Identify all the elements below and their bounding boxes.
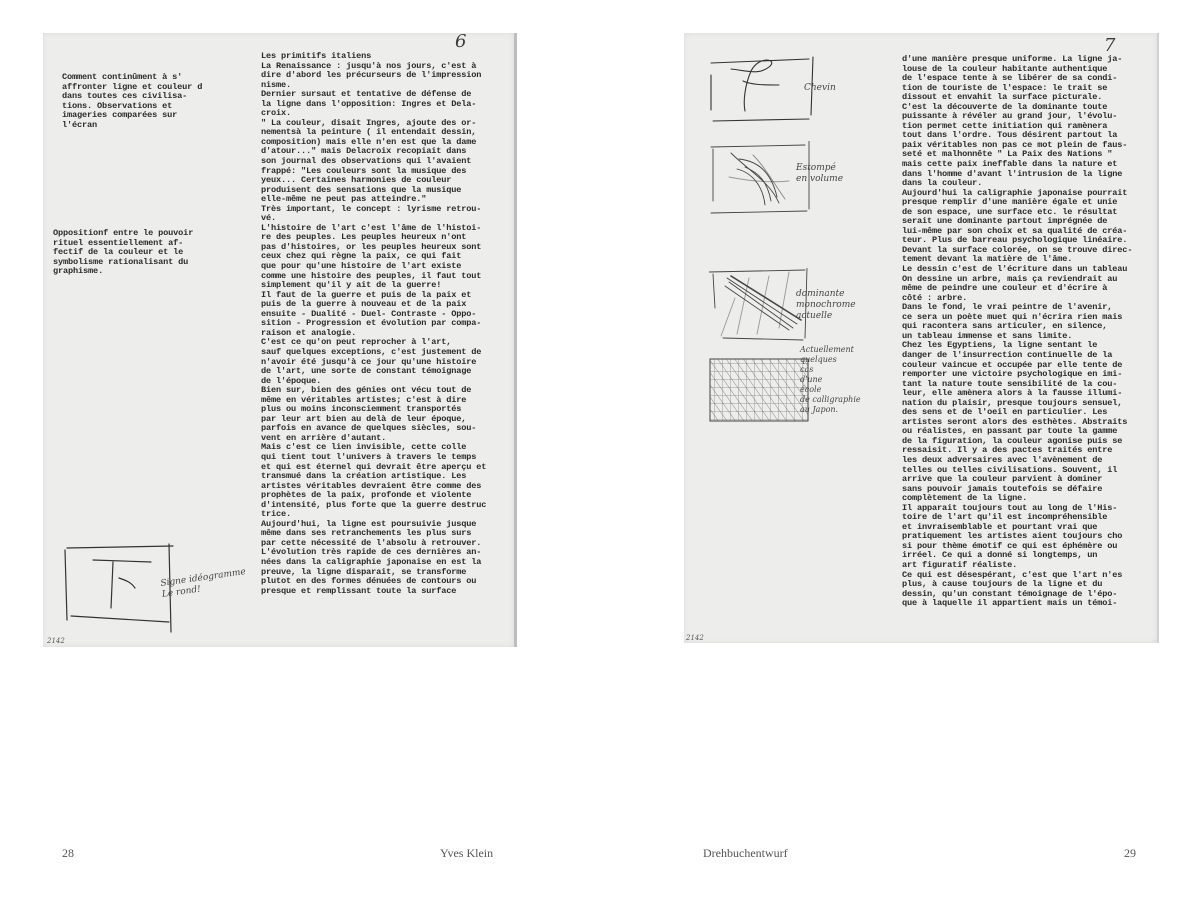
handwritten-page-number: 7 xyxy=(1104,35,1115,56)
right-running-head: Drehbuchentwurf xyxy=(703,846,788,861)
handwritten-page-number: 6 xyxy=(455,31,466,52)
margin-note-opposition: Oppositionf entre le pouvoirrituel essen… xyxy=(53,229,193,277)
typescript-line: d'intensité, plus forte que la guerre de… xyxy=(261,501,486,511)
sketch-annotation-1: Chevin xyxy=(804,83,836,94)
sketch-annotation-2: Estompé en volume xyxy=(796,163,843,185)
typescript-line: dire d'abord les précurseurs de l'impres… xyxy=(261,71,486,81)
archive-reference: 2142 xyxy=(686,634,704,642)
right-page-number: 29 xyxy=(1124,846,1136,861)
sketch-annotation-3: dominante monochrome actuelle xyxy=(796,289,856,322)
typescript-line: que à laquelle il appartient mais un tém… xyxy=(902,599,1132,609)
calligraphy-stroke-sketch-icon xyxy=(709,55,819,125)
archive-reference: 2142 xyxy=(47,637,65,645)
typescript-line: Très important, le concept : lyrisme ret… xyxy=(261,205,486,215)
typescript-body: d'une manière presque uniforme. La ligne… xyxy=(902,55,1132,609)
margin-note-lines-vs-color: Comment continûment à s'affronter ligne … xyxy=(62,73,202,130)
left-page-scan: 6 Comment continûment à s'affronter lign… xyxy=(43,33,517,647)
typescript-line: graphisme. xyxy=(53,267,193,277)
typescript-line: la ligne dans l'opposition: Ingres et De… xyxy=(261,100,486,110)
left-page-number: 28 xyxy=(62,846,74,861)
right-page-scan: 7 Chevin Estompé en volume xyxy=(684,33,1159,643)
left-running-head: Yves Klein xyxy=(440,846,493,861)
typescript-line: l'écran xyxy=(62,121,202,131)
typescript-line: presque et remplissant toute la surface xyxy=(261,587,486,597)
sketch-annotation-4: Actuellement quelques cas d'une école de… xyxy=(800,345,861,415)
typescript-body: Les primitifs italiensLa Renaissance : j… xyxy=(261,52,486,596)
